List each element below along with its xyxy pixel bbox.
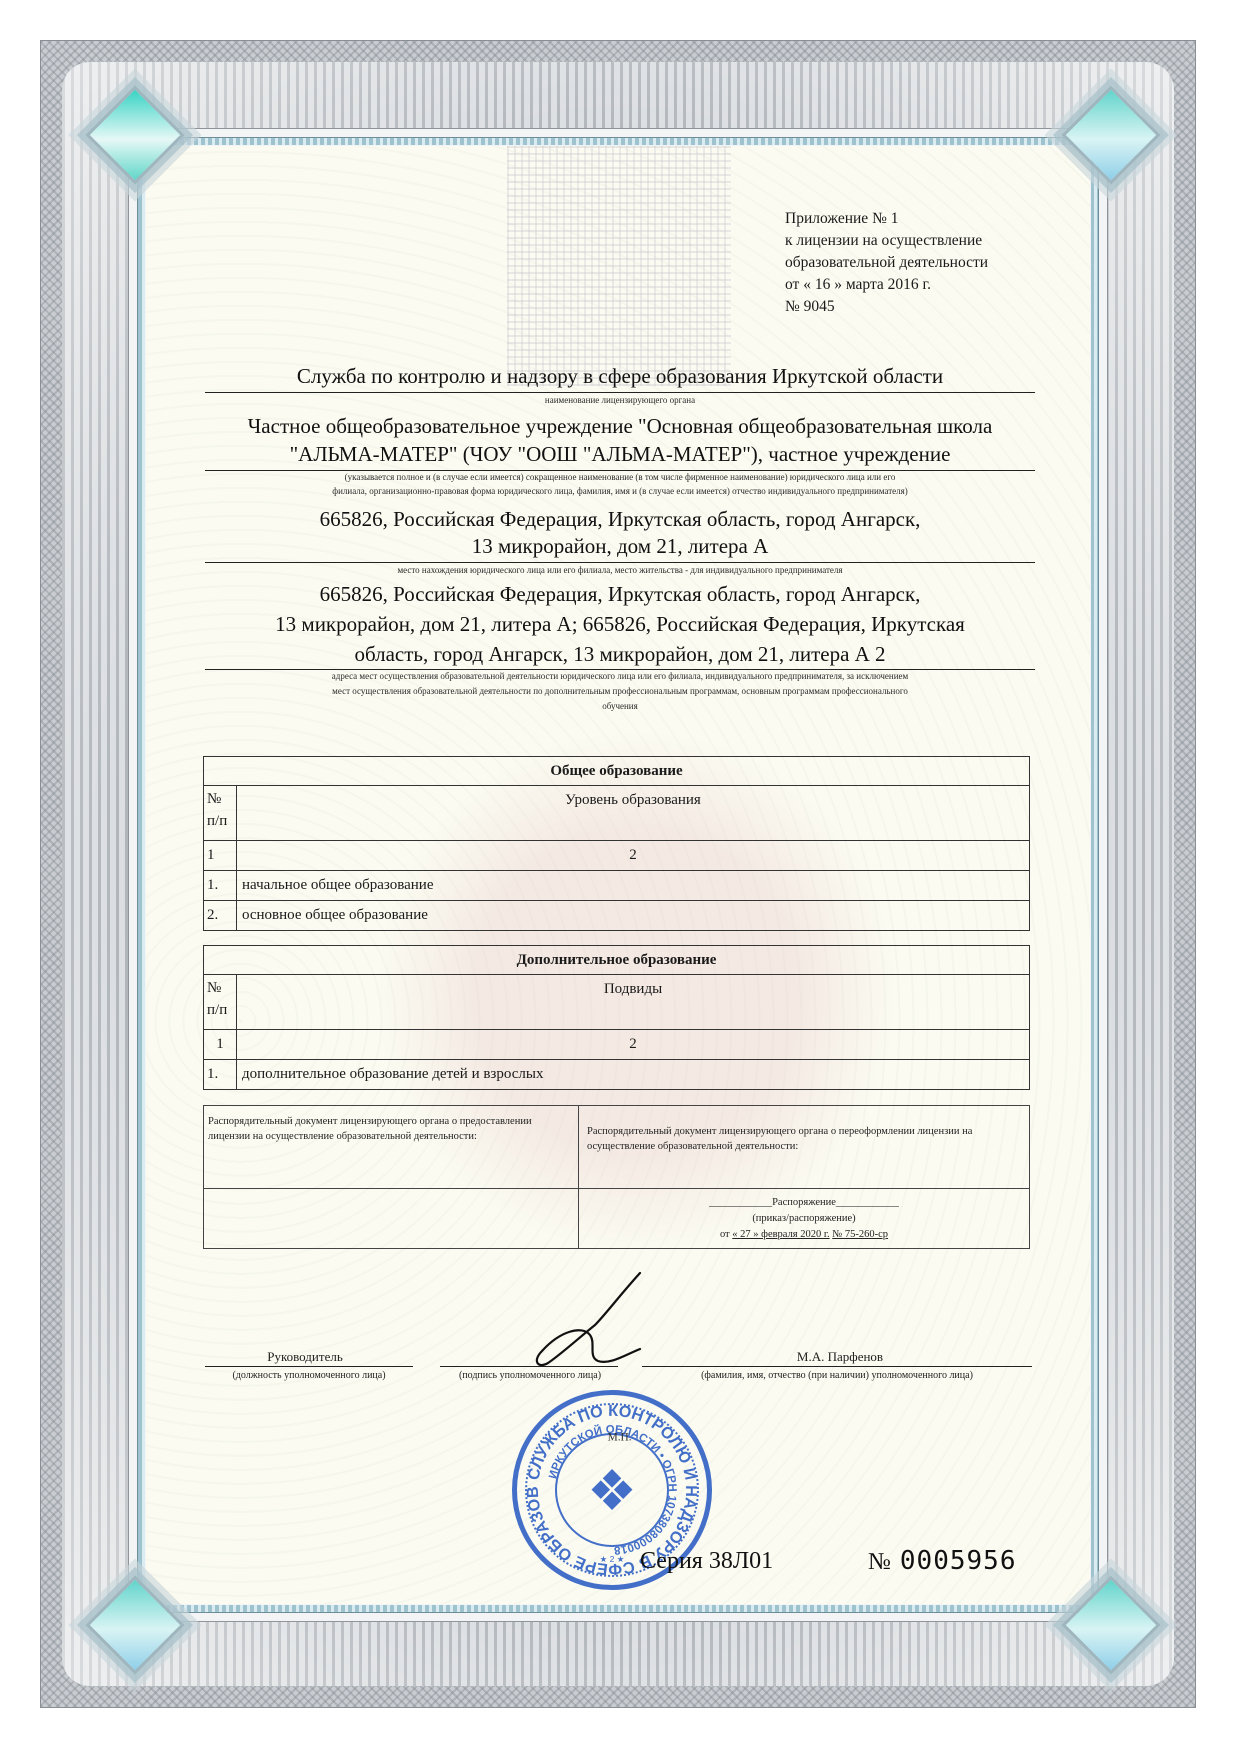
blank-series-label: Серия <box>640 1548 703 1574</box>
activity-address-caption-line3: обучения <box>205 700 1035 713</box>
signature-caption: (подпись уполномоченного лица) <box>430 1370 630 1381</box>
seal-center-mark: ★ 2 ★ <box>600 1554 625 1564</box>
printer-imprint <box>1180 1240 1194 1540</box>
col-level-header: Уровень образования <box>237 786 1030 841</box>
reissue-order-type-caption: (приказ/распоряжение) <box>580 1211 1028 1227</box>
signer-name-caption: (фамилия, имя, отчество (при наличии) уп… <box>642 1370 1032 1381</box>
reissue-order-header: Распорядительный документ лицензирующего… <box>579 1106 1030 1189</box>
svg-text:ИРКУТСКОЙ ОБЛАСТИ • ОГРН 10738: ИРКУТСКОЙ ОБЛАСТИ • ОГРН 1073808000018 <box>547 1424 678 1556</box>
reissue-date: « 27 » февраля 2020 г. <box>732 1229 829 1240</box>
document-content: Приложение № 1 к лицензии на осуществлен… <box>0 0 1240 1753</box>
index-cell: 1 <box>204 1030 237 1060</box>
additional-education-table: Дополнительное образование № п/п Подвиды… <box>203 945 1030 1090</box>
legal-address-caption: место нахождения юридического лица или е… <box>205 564 1035 577</box>
divider <box>205 562 1035 563</box>
general-education-title: Общее образование <box>204 757 1030 786</box>
grant-order-value <box>204 1189 579 1249</box>
appendix-line: № 9045 <box>785 296 1045 318</box>
signer-position: Руководитель <box>205 1349 405 1365</box>
blank-series-value: 38Л01 <box>709 1548 773 1574</box>
index-cell: 2 <box>237 1030 1030 1060</box>
blank-series: Серия 38Л01 <box>640 1548 773 1575</box>
reissue-order-type: Распоряжение <box>772 1197 836 1208</box>
education-subtype: дополнительное образование детей и взрос… <box>237 1060 1030 1090</box>
licensee-name-line2: "АЛЬМА-МАТЕР" (ЧОУ "ООШ "АЛЬМА-МАТЕР"), … <box>205 440 1035 468</box>
activity-address-caption-line2: мест осуществления образовательной деяте… <box>205 685 1035 698</box>
blank-number: №0005956 <box>868 1546 1016 1576</box>
licensee-caption-line1: (указывается полное и (в случае если име… <box>205 471 1035 484</box>
grant-order-header: Распорядительный документ лицензирующего… <box>204 1106 579 1189</box>
signature-icon <box>520 1265 660 1375</box>
additional-education-title: Дополнительное образование <box>204 946 1030 975</box>
appendix-header: Приложение № 1 к лицензии на осуществлен… <box>785 208 1045 318</box>
divider <box>205 1366 413 1367</box>
seal-mark-mp: М.П. <box>608 1432 632 1444</box>
activity-address-line3: область, город Ангарск, 13 микрорайон, д… <box>205 640 1035 668</box>
row-number: 1. <box>204 871 237 901</box>
divider <box>642 1366 1032 1367</box>
appendix-line: образовательной деятельности <box>785 252 1045 274</box>
divider <box>440 1366 618 1367</box>
table-row: 2. основное общее образование <box>204 901 1030 931</box>
blank-number-value: 0005956 <box>900 1546 1017 1576</box>
index-cell: 1 <box>204 841 237 871</box>
appendix-line: Приложение № 1 <box>785 208 1045 230</box>
reissue-number: № 75-260-ср <box>832 1229 888 1240</box>
signer-name: М.А. Парфенов <box>690 1349 990 1365</box>
reissue-date-prefix: от <box>720 1229 730 1240</box>
reissue-order: ____________Распоряжение____________ (пр… <box>579 1189 1030 1249</box>
authority-name: Служба по контролю и надзору в сфере обр… <box>205 362 1035 390</box>
legal-address-line1: 665826, Российская Федерация, Иркутская … <box>205 505 1035 533</box>
col-subtype-header: Подвиды <box>237 975 1030 1030</box>
general-education-table: Общее образование № п/п Уровень образова… <box>203 756 1030 931</box>
seal-inner-text: ИРКУТСКОЙ ОБЛАСТИ • ОГРН 1073808000018 <box>547 1424 678 1556</box>
legal-address-line2: 13 микрорайон, дом 21, литера А <box>205 532 1035 560</box>
row-number: 1. <box>204 1060 237 1090</box>
table-row: 1. дополнительное образование детей и вз… <box>204 1060 1030 1090</box>
table-row: 1. начальное общее образование <box>204 871 1030 901</box>
index-cell: 2 <box>237 841 1030 871</box>
row-number: 2. <box>204 901 237 931</box>
education-level: начальное общее образование <box>237 871 1030 901</box>
appendix-line: от « 16 » марта 2016 г. <box>785 274 1045 296</box>
col-num-header: № п/п <box>204 786 237 841</box>
licensee-name-line1: Частное общеобразовательное учреждение "… <box>205 412 1035 440</box>
activity-address-line2: 13 микрорайон, дом 21, литера А; 665826,… <box>205 610 1035 638</box>
authority-caption: наименование лицензирующего органа <box>205 394 1035 407</box>
activity-address-line1: 665826, Российская Федерация, Иркутская … <box>205 580 1035 608</box>
col-num-header: № п/п <box>204 975 237 1030</box>
number-sign: № <box>868 1549 892 1575</box>
orders-table: Распорядительный документ лицензирующего… <box>203 1105 1030 1249</box>
education-level: основное общее образование <box>237 901 1030 931</box>
signer-position-caption: (должность уполномоченного лица) <box>205 1370 413 1381</box>
appendix-line: к лицензии на осуществление <box>785 230 1045 252</box>
activity-address-caption-line1: адреса мест осуществления образовательно… <box>205 670 1035 683</box>
divider <box>205 392 1035 393</box>
licensee-caption-line2: филиала, организационно-правовая форма ю… <box>205 485 1035 498</box>
